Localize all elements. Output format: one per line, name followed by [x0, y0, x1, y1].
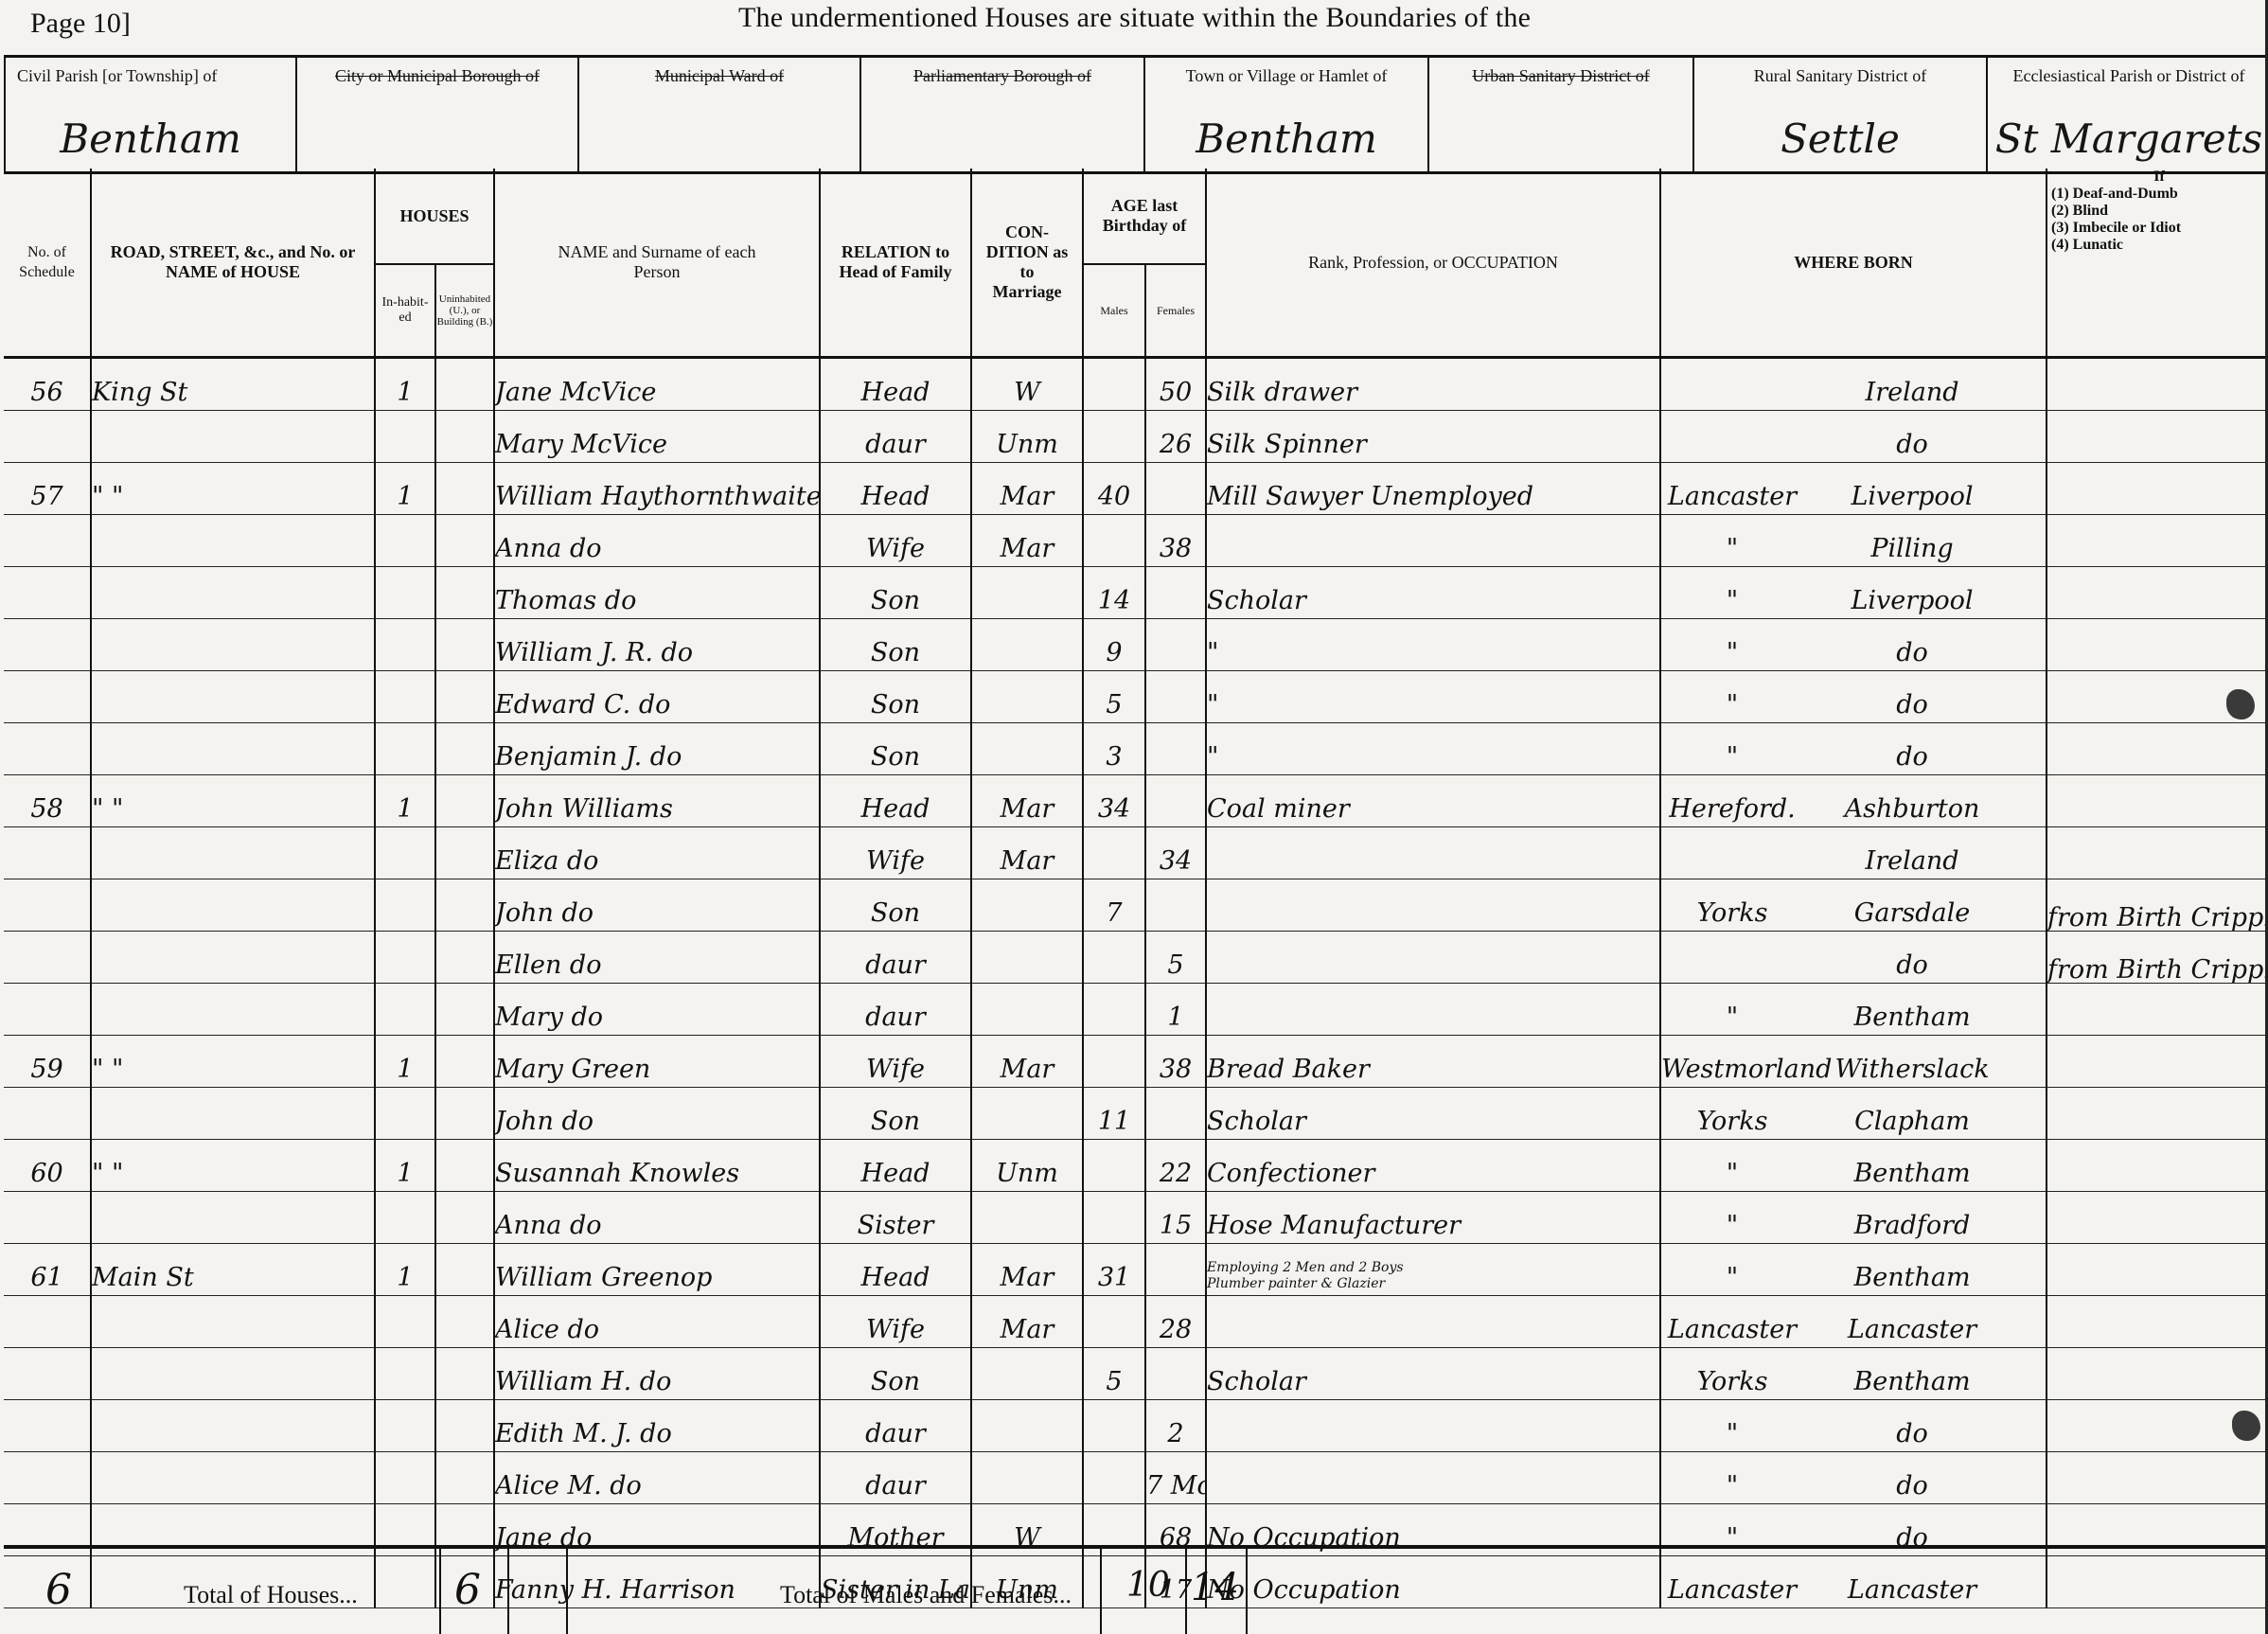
born-county: " — [1661, 1003, 1803, 1032]
cell-schedule — [4, 984, 91, 1036]
cell-male-age — [1083, 827, 1145, 879]
cell-name: Eliza do — [494, 827, 820, 879]
cell-female-age — [1145, 775, 1206, 827]
born-county: " — [1661, 690, 1803, 719]
table-row: Mary dodaur1"Bentham — [4, 984, 2268, 1036]
born-place: do — [1803, 430, 2021, 459]
cell-occupation: Confectioner — [1206, 1140, 1660, 1192]
cell-born: "Liverpool — [1660, 567, 2047, 619]
cell-female-age — [1145, 567, 1206, 619]
cell-schedule — [4, 932, 91, 984]
cell-female-age — [1145, 463, 1206, 515]
cell-female-age: 28 — [1145, 1296, 1206, 1348]
cell-male-age — [1083, 984, 1145, 1036]
born-place: do — [1803, 950, 2021, 980]
cell-name: Mary do — [494, 984, 820, 1036]
cell-inhabited — [375, 723, 435, 775]
born-place: Bentham — [1803, 1003, 2021, 1032]
cell-road: " " — [91, 775, 375, 827]
totals-bar: 6 Total of Houses... 6 Total of Males an… — [4, 1545, 2268, 1634]
col-occupation: Rank, Profession, or OCCUPATION — [1206, 169, 1660, 358]
cell-occupation — [1206, 1452, 1660, 1504]
cell-born: "do — [1660, 671, 2047, 723]
cell-female-age: 1 — [1145, 984, 1206, 1036]
district-label: Town or Village or Hamlet of — [1145, 58, 1427, 86]
cell-relation: Son — [820, 671, 971, 723]
table-row: 60" "1Susannah KnowlesHeadUnm22Confectio… — [4, 1140, 2268, 1192]
cell-name: William H. do — [494, 1348, 820, 1400]
cell-male-age: 5 — [1083, 1348, 1145, 1400]
census-page: Page 10] The undermentioned Houses are s… — [0, 0, 2268, 1634]
col-inhabited: In-habit-ed — [375, 264, 435, 358]
cell-male-age — [1083, 515, 1145, 567]
cell-road — [91, 411, 375, 463]
cell-name: Edith M. J. do — [494, 1400, 820, 1452]
cell-inhabited — [375, 1088, 435, 1140]
cell-born: Ireland — [1660, 358, 2047, 411]
cell-male-age — [1083, 1296, 1145, 1348]
born-county: " — [1661, 742, 1803, 772]
table-row: Anna doWifeMar38"Pilling — [4, 515, 2268, 567]
cell-born: "Bentham — [1660, 1244, 2047, 1296]
col-females: Females — [1145, 264, 1206, 358]
cell-occupation — [1206, 879, 1660, 932]
cell-infirmity — [2047, 1088, 2268, 1140]
district-label: Rural Sanitary District of — [1694, 58, 1986, 86]
cell-uninhabited — [435, 1296, 494, 1348]
cell-condition: Mar — [971, 1036, 1083, 1088]
cell-name: Edward C. do — [494, 671, 820, 723]
district-value: St Margarets — [1988, 115, 2268, 162]
born-place: Bentham — [1803, 1159, 2021, 1188]
cell-name: Benjamin J. do — [494, 723, 820, 775]
cell-relation: Sister — [820, 1192, 971, 1244]
born-place: do — [1803, 742, 2021, 772]
cell-occupation — [1206, 515, 1660, 567]
cell-name: Mary McVice — [494, 411, 820, 463]
born-place: Ireland — [1803, 378, 2021, 407]
born-place: Ireland — [1803, 846, 2021, 876]
cell-uninhabited — [435, 827, 494, 879]
cell-inhabited: 1 — [375, 1140, 435, 1192]
table-row: John doSon11ScholarYorksClapham — [4, 1088, 2268, 1140]
cell-born: "Bentham — [1660, 984, 2047, 1036]
table-row: Alice M. dodaur7 Mo"do — [4, 1452, 2268, 1504]
cell-born: Hereford.Ashburton — [1660, 775, 2047, 827]
born-place: Ashburton — [1803, 794, 2021, 824]
district-value: Bentham — [6, 115, 295, 162]
cell-uninhabited — [435, 515, 494, 567]
cell-relation: daur — [820, 1452, 971, 1504]
cell-road — [91, 1088, 375, 1140]
cell-road: Main St — [91, 1244, 375, 1296]
cell-road — [91, 723, 375, 775]
cell-name: William J. R. do — [494, 619, 820, 671]
ink-blot — [2232, 1411, 2260, 1441]
born-place: Bentham — [1803, 1367, 2021, 1396]
cell-born: "do — [1660, 1452, 2047, 1504]
cell-infirmity — [2047, 463, 2268, 515]
born-county: Westmorland — [1661, 1055, 1803, 1084]
cell-born: "do — [1660, 619, 2047, 671]
col-infirmity: If (1) Deaf-and-Dumb (2) Blind (3) Imbec… — [2047, 169, 2268, 358]
cell-uninhabited — [435, 879, 494, 932]
cell-uninhabited — [435, 1452, 494, 1504]
cell-occupation: Scholar — [1206, 567, 1660, 619]
ink-blot — [2226, 689, 2255, 719]
cell-road — [91, 1296, 375, 1348]
cell-schedule: 57 — [4, 463, 91, 515]
district-value: Bentham — [1145, 115, 1427, 162]
cell-relation: Wife — [820, 827, 971, 879]
born-county: " — [1661, 1471, 1803, 1501]
houses-total-value: 6 — [454, 1566, 481, 1614]
table-row: Thomas doSon14Scholar"Liverpool — [4, 567, 2268, 619]
cell-road — [91, 1452, 375, 1504]
cell-uninhabited — [435, 567, 494, 619]
district-cell: Civil Parish [or Township] ofBentham — [6, 58, 297, 171]
cell-road — [91, 879, 375, 932]
cell-male-age — [1083, 411, 1145, 463]
cell-road: " " — [91, 1036, 375, 1088]
col-condition: CON-DITION as to Marriage — [971, 169, 1083, 358]
cell-inhabited: 1 — [375, 775, 435, 827]
district-cell: Rural Sanitary District ofSettle — [1694, 58, 1988, 171]
cell-name: Thomas do — [494, 567, 820, 619]
cell-uninhabited — [435, 1140, 494, 1192]
district-header: Civil Parish [or Township] ofBenthamCity… — [4, 55, 2268, 174]
cell-relation: Head — [820, 463, 971, 515]
cell-infirmity — [2047, 619, 2268, 671]
district-label: Ecclesiastical Parish or District of — [1988, 58, 2268, 86]
born-county: " — [1661, 1419, 1803, 1448]
born-place: Liverpool — [1803, 482, 2021, 511]
census-table-wrapper: No. of Schedule ROAD, STREET, &c., and N… — [4, 169, 2268, 1608]
cell-infirmity — [2047, 567, 2268, 619]
cell-schedule: 60 — [4, 1140, 91, 1192]
cell-infirmity — [2047, 358, 2268, 411]
cell-infirmity — [2047, 775, 2268, 827]
district-label: Municipal Ward of — [579, 58, 859, 86]
cell-occupation: Hose Manufacturer — [1206, 1192, 1660, 1244]
cell-uninhabited — [435, 775, 494, 827]
cell-male-age: 14 — [1083, 567, 1145, 619]
cell-uninhabited — [435, 1244, 494, 1296]
district-label: City or Municipal Borough of — [297, 58, 577, 86]
cell-infirmity — [2047, 984, 2268, 1036]
cell-born: "Bentham — [1660, 1140, 2047, 1192]
cell-relation: Wife — [820, 515, 971, 567]
born-place: do — [1803, 1471, 2021, 1501]
table-row: Edward C. doSon5""do — [4, 671, 2268, 723]
born-county: Yorks — [1661, 1367, 1803, 1396]
born-place: Pilling — [1803, 534, 2021, 563]
cell-relation: daur — [820, 984, 971, 1036]
schedules-total: 6 — [45, 1566, 72, 1614]
cell-name: Susannah Knowles — [494, 1140, 820, 1192]
cell-condition — [971, 567, 1083, 619]
table-row: Benjamin J. doSon3""do — [4, 723, 2268, 775]
col-name: NAME and Surname of each Person — [494, 169, 820, 358]
cell-uninhabited — [435, 671, 494, 723]
district-label: Urban Sanitary District of — [1429, 58, 1692, 86]
occupation-line: Employing 2 Men and 2 Boys — [1207, 1260, 1659, 1276]
cell-infirmity — [2047, 515, 2268, 567]
cell-born: "Bradford — [1660, 1192, 2047, 1244]
cell-uninhabited — [435, 1036, 494, 1088]
table-row: William J. R. doSon9""do — [4, 619, 2268, 671]
cell-male-age: 7 — [1083, 879, 1145, 932]
cell-schedule — [4, 1400, 91, 1452]
cell-occupation: Coal miner — [1206, 775, 1660, 827]
cell-schedule — [4, 879, 91, 932]
col-where-born: WHERE BORN — [1660, 169, 2047, 358]
cell-female-age: 38 — [1145, 515, 1206, 567]
cell-inhabited — [375, 984, 435, 1036]
cell-relation: Head — [820, 775, 971, 827]
cell-born: YorksBentham — [1660, 1348, 2047, 1400]
cell-condition — [971, 723, 1083, 775]
cell-relation: Head — [820, 1244, 971, 1296]
cell-schedule — [4, 723, 91, 775]
cell-condition: Mar — [971, 1296, 1083, 1348]
cell-condition — [971, 932, 1083, 984]
born-place: do — [1803, 638, 2021, 667]
cell-inhabited — [375, 1452, 435, 1504]
cell-female-age: 50 — [1145, 358, 1206, 411]
table-row: Anna doSister15Hose Manufacturer"Bradfor… — [4, 1192, 2268, 1244]
cell-occupation: Bread Baker — [1206, 1036, 1660, 1088]
table-row: 58" "1John WilliamsHeadMar34Coal minerHe… — [4, 775, 2268, 827]
males-total: 10 — [1126, 1566, 1170, 1605]
cell-born: LancasterLiverpool — [1660, 463, 2047, 515]
table-row: John doSon7YorksGarsdalefrom Birth Cripp… — [4, 879, 2268, 932]
cell-born: "do — [1660, 1400, 2047, 1452]
born-place: Garsdale — [1803, 898, 2021, 928]
cell-uninhabited — [435, 723, 494, 775]
born-county: Lancaster — [1661, 1315, 1803, 1344]
district-cell: Municipal Ward of — [579, 58, 861, 171]
cell-condition: Unm — [971, 411, 1083, 463]
cell-road — [91, 827, 375, 879]
cell-inhabited — [375, 619, 435, 671]
born-county: Yorks — [1661, 1107, 1803, 1136]
district-cell: City or Municipal Borough of — [297, 58, 579, 171]
cell-occupation: Mill Sawyer Unemployed — [1206, 463, 1660, 515]
born-place: Witherslack — [1803, 1055, 2021, 1084]
cell-inhabited — [375, 1400, 435, 1452]
houses-total-label: Total of Houses... — [184, 1581, 358, 1609]
cell-condition: Unm — [971, 1140, 1083, 1192]
cell-infirmity: from Birth Cripple — [2047, 879, 2268, 932]
born-place: Bentham — [1803, 1263, 2021, 1292]
table-row: Edith M. J. dodaur2"do — [4, 1400, 2268, 1452]
cell-condition: Mar — [971, 1244, 1083, 1296]
cell-schedule — [4, 515, 91, 567]
cell-name: William Greenop — [494, 1244, 820, 1296]
cell-inhabited — [375, 515, 435, 567]
cell-inhabited — [375, 567, 435, 619]
cell-male-age: 31 — [1083, 1244, 1145, 1296]
cell-uninhabited — [435, 463, 494, 515]
cell-female-age — [1145, 619, 1206, 671]
cell-inhabited: 1 — [375, 1244, 435, 1296]
cell-condition — [971, 671, 1083, 723]
table-row: 57" "1William HaythornthwaiteHeadMar40Mi… — [4, 463, 2268, 515]
cell-schedule — [4, 1192, 91, 1244]
cell-male-age: 11 — [1083, 1088, 1145, 1140]
cell-uninhabited — [435, 1348, 494, 1400]
cell-relation: Son — [820, 1348, 971, 1400]
cell-uninhabited — [435, 619, 494, 671]
cell-uninhabited — [435, 358, 494, 411]
cell-occupation: " — [1206, 671, 1660, 723]
cell-road — [91, 1348, 375, 1400]
born-place: do — [1803, 1419, 2021, 1448]
cell-condition: Mar — [971, 463, 1083, 515]
cell-occupation — [1206, 1400, 1660, 1452]
cell-female-age: 34 — [1145, 827, 1206, 879]
cell-condition — [971, 1192, 1083, 1244]
cell-name: Alice do — [494, 1296, 820, 1348]
district-label: Parliamentary Borough of — [861, 58, 1143, 86]
cell-born: "Pilling — [1660, 515, 2047, 567]
cell-condition — [971, 879, 1083, 932]
cell-inhabited — [375, 932, 435, 984]
table-row: 59" "1Mary GreenWifeMar38Bread BakerWest… — [4, 1036, 2268, 1088]
cell-road — [91, 515, 375, 567]
born-county: " — [1661, 1263, 1803, 1292]
cell-schedule — [4, 567, 91, 619]
cell-road — [91, 1192, 375, 1244]
cell-schedule: 59 — [4, 1036, 91, 1088]
cell-schedule — [4, 411, 91, 463]
col-schedule: No. of Schedule — [4, 169, 91, 358]
cell-relation: Head — [820, 358, 971, 411]
cell-male-age — [1083, 1140, 1145, 1192]
cell-inhabited: 1 — [375, 358, 435, 411]
cell-female-age: 7 Mo — [1145, 1452, 1206, 1504]
cell-occupation — [1206, 827, 1660, 879]
cell-name: John do — [494, 1088, 820, 1140]
cell-male-age — [1083, 1192, 1145, 1244]
cell-name: John do — [494, 879, 820, 932]
born-county: " — [1661, 534, 1803, 563]
cell-occupation — [1206, 984, 1660, 1036]
females-total: 14 — [1191, 1566, 1239, 1609]
cell-born: WestmorlandWitherslack — [1660, 1036, 2047, 1088]
census-table: No. of Schedule ROAD, STREET, &c., and N… — [4, 169, 2268, 1608]
cell-female-age: 5 — [1145, 932, 1206, 984]
table-row: Eliza doWifeMar34Ireland — [4, 827, 2268, 879]
page-title: The undermentioned Houses are situate wi… — [738, 2, 1531, 34]
cell-infirmity — [2047, 1452, 2268, 1504]
cell-name: Anna do — [494, 515, 820, 567]
cell-name: John Williams — [494, 775, 820, 827]
cell-uninhabited — [435, 932, 494, 984]
cell-female-age: 15 — [1145, 1192, 1206, 1244]
cell-road: " " — [91, 1140, 375, 1192]
cell-infirmity: from Birth Cripple — [2047, 932, 2268, 984]
cell-name: Ellen do — [494, 932, 820, 984]
cell-born: YorksClapham — [1660, 1088, 2047, 1140]
cell-infirmity — [2047, 1296, 2268, 1348]
cell-male-age: 5 — [1083, 671, 1145, 723]
cell-infirmity — [2047, 1244, 2268, 1296]
district-cell: Ecclesiastical Parish or District ofSt M… — [1988, 58, 2268, 171]
cell-uninhabited — [435, 984, 494, 1036]
born-place: do — [1803, 690, 2021, 719]
cell-male-age: 40 — [1083, 463, 1145, 515]
cell-occupation: Silk Spinner — [1206, 411, 1660, 463]
cell-inhabited — [375, 879, 435, 932]
cell-road — [91, 567, 375, 619]
cell-schedule: 61 — [4, 1244, 91, 1296]
cell-schedule — [4, 1088, 91, 1140]
cell-infirmity — [2047, 1192, 2268, 1244]
district-value: Settle — [1694, 115, 1986, 162]
cell-uninhabited — [435, 411, 494, 463]
cell-name: William Haythornthwaite — [494, 463, 820, 515]
cell-schedule — [4, 1296, 91, 1348]
cell-road — [91, 671, 375, 723]
cell-road — [91, 932, 375, 984]
col-males: Males — [1083, 264, 1145, 358]
cell-male-age — [1083, 932, 1145, 984]
cell-condition: Mar — [971, 515, 1083, 567]
cell-condition — [971, 984, 1083, 1036]
cell-occupation: " — [1206, 619, 1660, 671]
district-cell: Town or Village or Hamlet ofBentham — [1145, 58, 1429, 171]
born-county: Lancaster — [1661, 482, 1803, 511]
cell-inhabited — [375, 411, 435, 463]
cell-inhabited: 1 — [375, 1036, 435, 1088]
cell-male-age — [1083, 1452, 1145, 1504]
cell-road — [91, 619, 375, 671]
cell-inhabited — [375, 1296, 435, 1348]
cell-born: do — [1660, 411, 2047, 463]
cell-male-age: 9 — [1083, 619, 1145, 671]
cell-schedule — [4, 1452, 91, 1504]
born-place: Bradford — [1803, 1211, 2021, 1240]
cell-occupation: " — [1206, 723, 1660, 775]
cell-relation: Head — [820, 1140, 971, 1192]
born-county: " — [1661, 1211, 1803, 1240]
cell-uninhabited — [435, 1088, 494, 1140]
cell-relation: Son — [820, 1088, 971, 1140]
page-number: Page 10] — [30, 8, 131, 40]
cell-infirmity — [2047, 411, 2268, 463]
cell-road: " " — [91, 463, 375, 515]
col-houses: HOUSES — [375, 169, 494, 264]
cell-relation: daur — [820, 1400, 971, 1452]
cell-name: Alice M. do — [494, 1452, 820, 1504]
cell-female-age — [1145, 723, 1206, 775]
cell-condition — [971, 1348, 1083, 1400]
cell-male-age: 34 — [1083, 775, 1145, 827]
born-county: Yorks — [1661, 898, 1803, 928]
cell-schedule — [4, 827, 91, 879]
cell-uninhabited — [435, 1400, 494, 1452]
born-place: Liverpool — [1803, 586, 2021, 615]
cell-occupation: Silk drawer — [1206, 358, 1660, 411]
cell-relation: daur — [820, 411, 971, 463]
cell-inhabited — [375, 1348, 435, 1400]
district-cell: Parliamentary Borough of — [861, 58, 1145, 171]
cell-infirmity — [2047, 1036, 2268, 1088]
cell-male-age — [1083, 1400, 1145, 1452]
cell-uninhabited — [435, 1192, 494, 1244]
